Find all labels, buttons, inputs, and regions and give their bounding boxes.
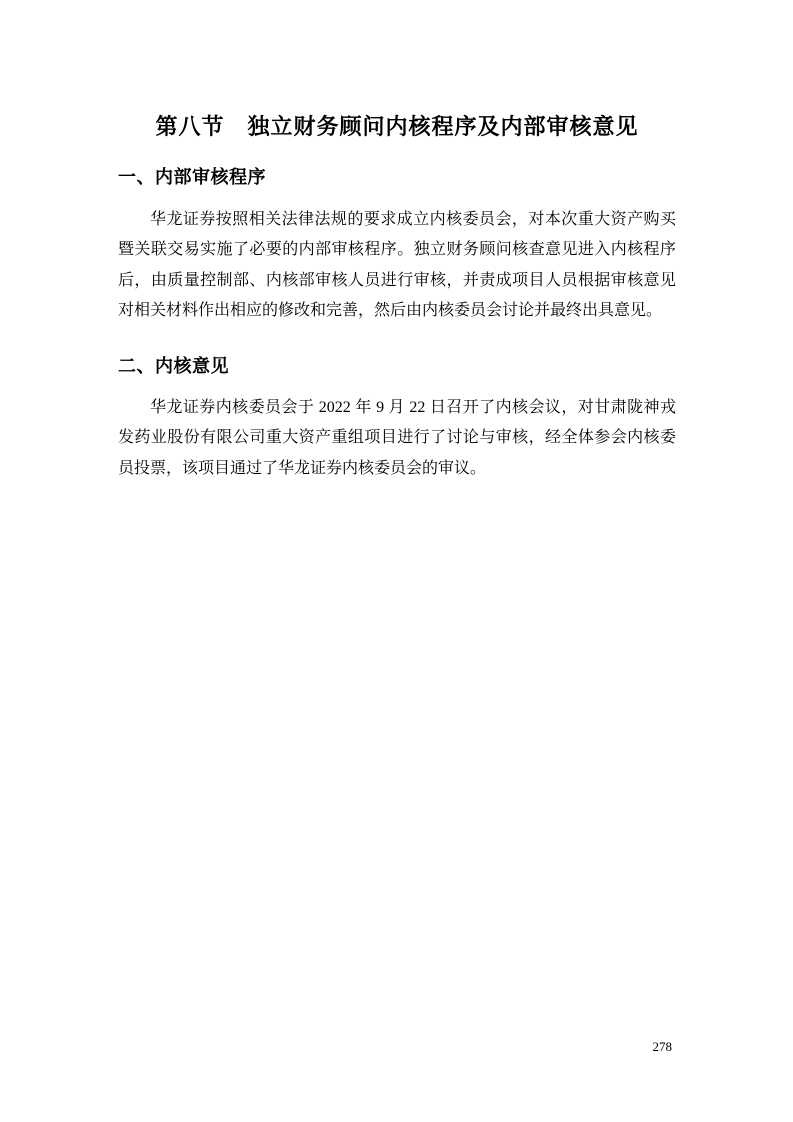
section-heading-internal-review-procedure: 一、内部审核程序 [118, 166, 676, 188]
section-heading-internal-review-opinion: 二、内核意见 [118, 355, 676, 377]
page-number: 278 [653, 1039, 673, 1054]
section-internal-review-procedure: 一、内部审核程序 华龙证券按照相关法律法规的要求成立内核委员会，对本次重大资产购… [118, 166, 676, 326]
paragraph-internal-review-procedure: 华龙证券按照相关法律法规的要求成立内核委员会，对本次重大资产购买暨关联交易实施了… [118, 205, 676, 326]
document-content: 第八节 独立财务顾问内核程序及内部审核意见 一、内部审核程序 华龙证券按照相关法… [0, 0, 793, 484]
page-title: 第八节 独立财务顾问内核程序及内部审核意见 [118, 113, 676, 141]
section-internal-review-opinion: 二、内核意见 华龙证券内核委员会于 2022 年 9 月 22 日召开了内核会议… [118, 355, 676, 484]
document-page: 第八节 独立财务顾问内核程序及内部审核意见 一、内部审核程序 华龙证券按照相关法… [0, 0, 793, 1122]
paragraph-internal-review-opinion: 华龙证券内核委员会于 2022 年 9 月 22 日召开了内核会议，对甘肃陇神戎… [118, 393, 676, 484]
